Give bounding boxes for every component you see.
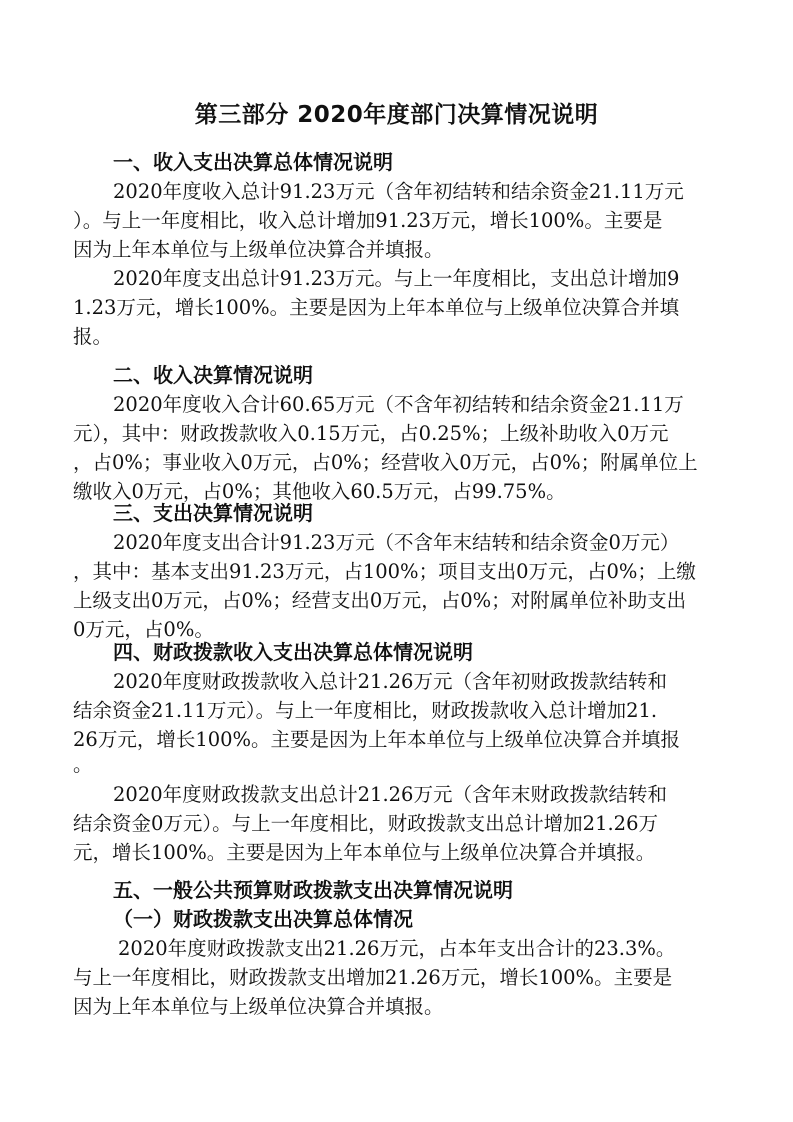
section-1-line: 2020年度支出总计91.23万元。与上一年度相比，支出总计增加9 (113, 264, 679, 293)
section-4-line: 结余资金0万元）。与上一年度相比，财政拨款支出总计增加21.26万 (73, 809, 658, 838)
section-2-line: ，占0%；事业收入0万元，占0%；经营收入0万元，占0%；附属单位上 (73, 448, 698, 477)
section-3-line: 上级支出0万元，占0%；经营支出0万元，占0%；对附属单位补助支出 (73, 586, 686, 615)
section-5-line: 与上一年度相比，财政拨款支出增加21.26万元，增长100%。主要是 (73, 963, 672, 992)
section-2-line: 元），其中：财政拨款收入0.15万元，占0.25%；上级补助收入0万元 (73, 419, 669, 448)
section-4-heading: 四、财政拨款收入支出决算总体情况说明 (113, 638, 473, 667)
section-4-line: 26万元，增长100%。主要是因为上年本单位与上级单位决算合并填报 (73, 725, 680, 754)
section-4-line: 2020年度财政拨款支出总计21.26万元（含年末财政拨款结转和 (113, 780, 667, 809)
section-4-line: 2020年度财政拨款收入总计21.26万元（含年初财政拨款结转和 (113, 667, 667, 696)
section-3-line: 2020年度支出合计91.23万元（不含年末结转和结余资金0万元） (113, 528, 679, 557)
section-5-subheading: （一）财政拨款支出决算总体情况 (113, 905, 413, 934)
section-1-line: 报。 (73, 322, 112, 351)
document-page: 第三部分 2020年度部门决算情况说明 一、收入支出决算总体情况说明 2020年… (0, 0, 793, 1122)
section-1-line: 1.23万元，增长100%。主要是因为上年本单位与上级单位决算合并填 (73, 293, 679, 322)
section-3-line: ，其中：基本支出91.23万元，占100%；项目支出0万元，占0%；上缴 (73, 557, 696, 586)
page-title: 第三部分 2020年度部门决算情况说明 (0, 96, 793, 129)
section-4-line: 结余资金21.11万元）。与上一年度相比，财政拨款收入总计增加21. (73, 696, 657, 725)
section-1-line: ）。与上一年度相比，收入总计增加91.23万元，增长100%。主要是 (73, 206, 662, 235)
section-1-line: 因为上年本单位与上级单位决算合并填报。 (73, 235, 444, 264)
section-1-heading: 一、收入支出决算总体情况说明 (113, 148, 393, 177)
section-4-line: 。 (73, 750, 93, 779)
section-5-heading: 五、一般公共预算财政拨款支出决算情况说明 (113, 876, 513, 905)
section-2-heading: 二、收入决算情况说明 (113, 361, 313, 390)
section-5-line: 因为上年本单位与上级单位决算合并填报。 (73, 992, 444, 1021)
section-1-line: 2020年度收入总计91.23万元（含年初结转和结余资金21.11万元 (113, 177, 684, 206)
section-3-heading: 三、支出决算情况说明 (113, 499, 313, 528)
section-4-line: 元，增长100%。主要是因为上年本单位与上级单位决算合并填报。 (73, 838, 655, 867)
section-2-line: 2020年度收入合计60.65万元（不含年初结转和结余资金21.11万 (113, 390, 684, 419)
section-5-line: 2020年度财政拨款支出21.26万元，占本年支出合计的23.3%。 (118, 934, 675, 963)
